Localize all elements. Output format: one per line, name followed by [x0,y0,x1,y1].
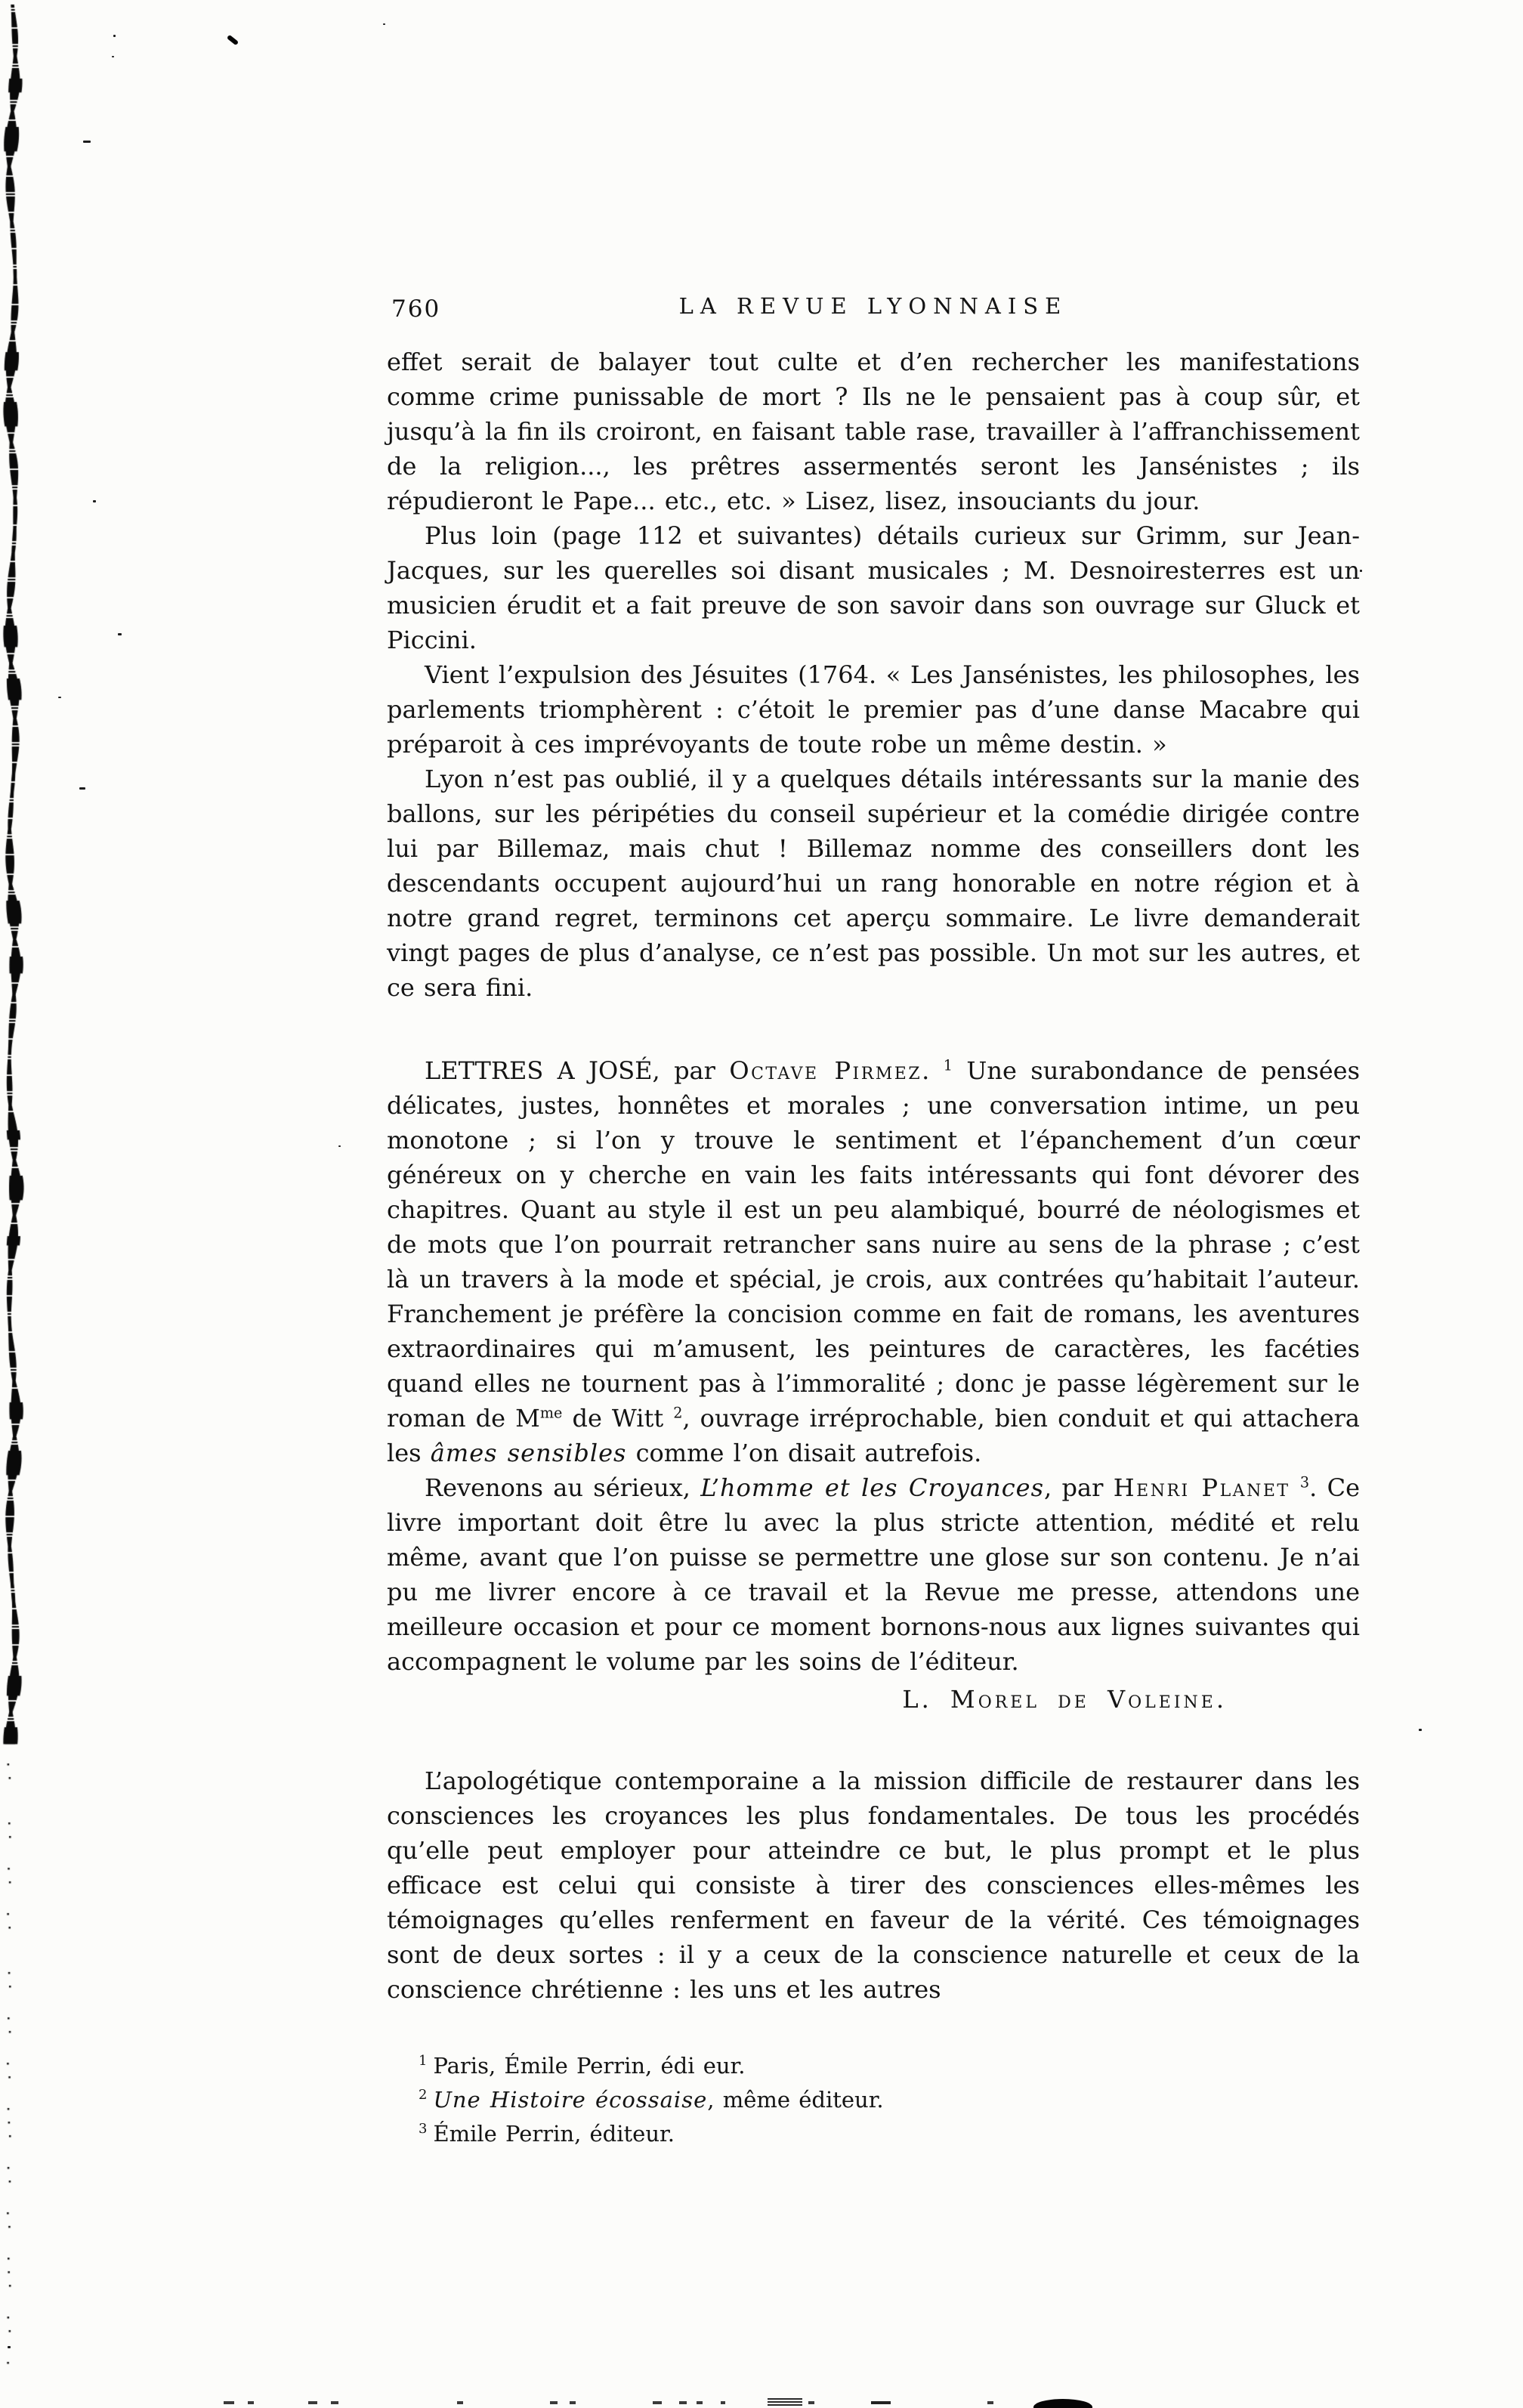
text-segment: LETTRES A JOSÉ, par [425,1056,729,1085]
scan-speck [79,787,85,790]
text-segment: . [922,1056,944,1085]
scan-speck [8,2346,11,2348]
footnote: 3Émile Perrin, éditeur. [387,2117,1360,2151]
text-segment: 2 [673,1404,682,1421]
text-segment: Paris, Émile Perrin, édi eur. [433,2053,745,2079]
footnote: 2Une Histoire écossaise, même éditeur. [387,2083,1360,2117]
scan-gutter-artifact [0,0,36,2408]
scan-smudge [457,2401,463,2404]
scan-smudge [653,2401,662,2404]
text-segment: 1 [944,1056,953,1074]
scan-smudge [570,2401,576,2404]
apologetique-block: L’apologétique contemporaine a la missio… [387,1763,1360,2007]
scan-speck [112,56,114,57]
scan-smudge [248,2401,254,2404]
text-segment: Émile Perrin, éditeur. [433,2121,674,2147]
scan-speck [1360,570,1362,572]
scan-speck [113,35,116,37]
scan-smudge [331,2401,338,2404]
scan-smudge [308,2401,317,2404]
text-segment: Revenons au sérieux, [425,1473,700,1502]
text-segment: . Ce livre important doit être lu avec l… [387,1473,1360,1676]
text-segment: de Witt [562,1404,673,1433]
scan-smudge [550,2401,558,2404]
scan-speck [93,500,96,502]
text-segment: Henri Planet [1114,1473,1290,1502]
paragraph: L’apologétique contemporaine a la missio… [387,1763,1360,2007]
text-segment: , par [1044,1473,1114,1502]
paragraph: Revenons au sérieux, L’homme et les Croy… [387,1470,1360,1679]
footnote-marker: 1 [419,2053,427,2069]
paragraph: LETTRES A JOSÉ, par Octave Pirmez. 1 Une… [387,1053,1360,1470]
scan-speck [1419,1729,1422,1731]
scan-speck [383,23,385,25]
scan-blot [1033,2399,1092,2408]
text-segment: L’apologétique contemporaine a la missio… [387,1767,1360,2004]
scanned-page: 760 LA REVUE LYONNAISE effet serait de b… [0,0,1523,2408]
scan-speck [227,35,239,46]
text-segment: Une surabondance de pensées délicates, j… [387,1056,1360,1433]
journal-title: LA REVUE LYONNAISE [387,293,1360,319]
scan-smudge [721,2401,725,2404]
text-segment: me [540,1404,563,1421]
text-segment: effet serait de balayer tout culte et d’… [387,348,1360,515]
paragraph: Lyon n’est pas oublié, il y a quelques d… [387,762,1360,1005]
text-segment: Une Histoire écossaise [433,2087,707,2113]
scan-smudge [697,2401,703,2404]
scan-smudge [679,2401,687,2404]
review-continuation-block: effet serait de balayer tout culte et d’… [387,345,1360,1005]
text-segment: , même éditeur. [707,2087,883,2113]
lettres-a-jose-review-block: LETTRES A JOSÉ, par Octave Pirmez. 1 Une… [387,1053,1360,1679]
scan-speck [118,633,122,635]
page-header: 760 LA REVUE LYONNAISE [387,293,1360,328]
text-segment: 3 [1300,1473,1309,1491]
text-segment: comme l’on disait autrefois. [626,1439,981,1467]
paragraph: effet serait de balayer tout culte et d’… [387,345,1360,518]
text-segment [1290,1473,1300,1502]
scan-smudge [224,2401,234,2404]
scan-smudge [808,2401,814,2404]
footnote-marker: 3 [419,2121,427,2137]
footnote-marker: 2 [419,2087,427,2103]
text-column: effet serait de balayer tout culte et d’… [387,345,1360,2151]
scan-speck [83,141,91,143]
scan-smudge [871,2401,891,2404]
footnote: 1Paris, Émile Perrin, édi eur. [387,2049,1360,2083]
scan-speck [58,697,61,698]
text-segment: Octave Pirmez [729,1056,922,1085]
text-segment: Plus loin (page 112 et suivantes) détail… [387,521,1360,654]
paragraph: Plus loin (page 112 et suivantes) détail… [387,518,1360,657]
text-segment: L’homme et les Croyances [700,1473,1044,1502]
scan-speck [338,1145,341,1147]
text-segment: Lyon n’est pas oublié, il y a quelques d… [387,765,1360,1002]
signature: L. Morel de Voleine. [387,1682,1360,1717]
scan-smudge [987,2401,993,2404]
paragraph: Vient l’expulsion des Jésuites (1764. « … [387,657,1360,762]
text-segment: âmes sensibles [431,1439,627,1467]
text-segment: Vient l’expulsion des Jésuites (1764. « … [387,660,1360,759]
scan-smudge [768,2398,802,2406]
footnotes-section: 1Paris, Émile Perrin, édi eur.2Une Histo… [387,2049,1360,2151]
